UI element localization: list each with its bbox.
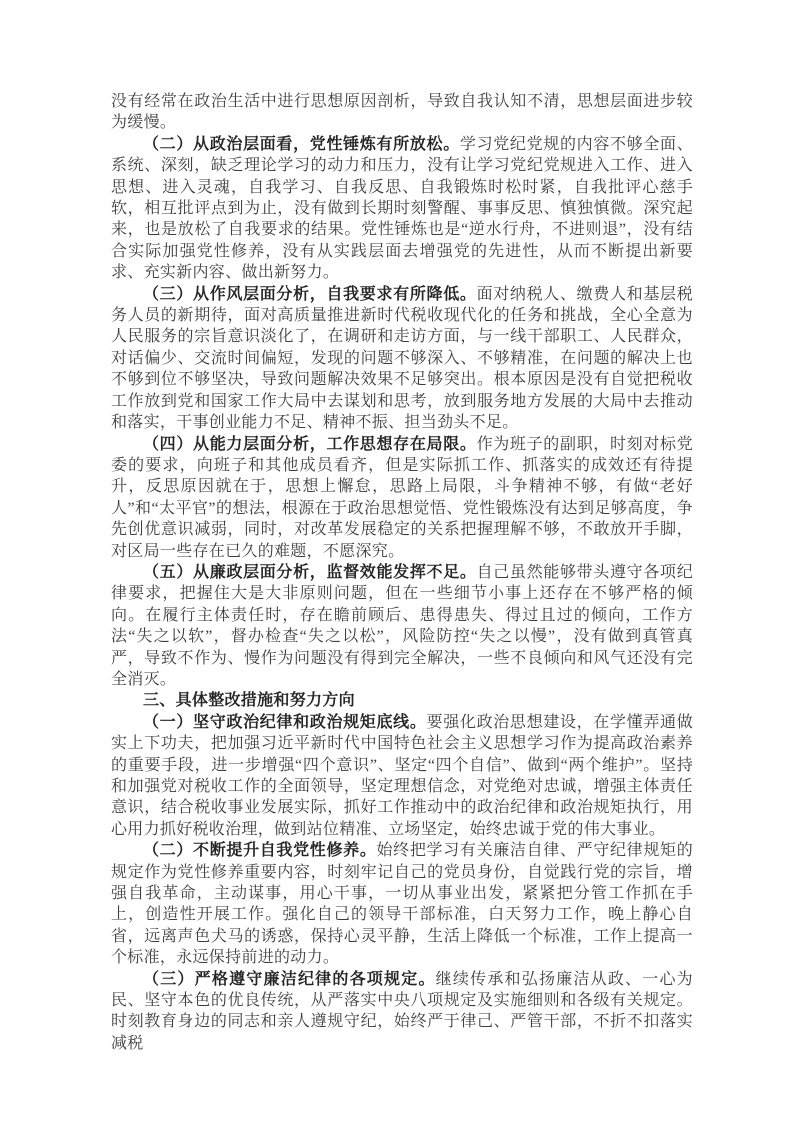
section-heading-rectification: 三、具体整改措施和努力方向: [111, 690, 693, 711]
paragraph-lead: （二）不断提升自我党性修养。: [143, 842, 377, 859]
paragraph-lead: （三）严格遵守廉洁纪律的各项规定。: [143, 971, 436, 988]
paragraph-measure-1-discipline: （一）坚守政治纪律和政治规矩底线。要强化政治思想建设，在学懂弄通做实上下功夫，把…: [111, 712, 693, 840]
paragraph-section-2-politics: （二）从政治层面看，党性锤炼有所放松。学习党纪党规的内容不够全面、系统、深刻，缺…: [111, 134, 693, 284]
paragraph-section-5-integrity: （五）从廉政层面分析，监督效能发挥不足。自己虽然能够带头遵守各项纪律要求，把握住…: [111, 562, 693, 690]
paragraph-lead: （三）从作风层面分析，自我要求有所降低。: [143, 286, 477, 303]
paragraph-continuation: 没有经常在政治生活中进行思想原因剖析，导致自我认知不清，思想层面进步较为缓慢。: [111, 91, 693, 134]
paragraph-section-3-workstyle: （三）从作风层面分析，自我要求有所降低。面对纳税人、缴费人和基层税务人员的新期待…: [111, 284, 693, 434]
paragraph-text: 没有经常在政治生活中进行思想原因剖析，导致自我认知不清，思想层面进步较为缓慢。: [111, 93, 693, 131]
paragraph-text: 面对纳税人、缴费人和基层税务人员的新期待，面对高质量推进新时代税收现代化的任务和…: [111, 286, 693, 431]
paragraph-text: 自己虽然能够带头遵守各项纪律要求，把握住大是大非原则问题，但在一些细节小事上还存…: [111, 564, 693, 688]
paragraph-text: 要强化政治思想建设，在学懂弄通做实上下功夫，把加强习近平新时代中国特色社会主义思…: [111, 714, 693, 838]
heading-text: 三、具体整改措施和努力方向: [143, 692, 355, 709]
paragraph-lead: （二）从政治层面看，党性锤炼有所放松。: [143, 136, 460, 153]
paragraph-measure-3-rules: （三）严格遵守廉洁纪律的各项规定。继续传承和弘扬廉洁从政、一心为民、坚守本色的优…: [111, 969, 693, 1055]
paragraph-text: 学习党纪党规的内容不够全面、系统、深刻，缺乏理论学习的动力和压力，没有让学习党纪…: [111, 136, 693, 281]
document-page: 没有经常在政治生活中进行思想原因剖析，导致自我认知不清，思想层面进步较为缓慢。 …: [0, 0, 793, 1122]
paragraph-text: 作为班子的副职，时刻对标党委的要求，向班子和其他成员看齐，但是实际抓工作、抓落实…: [111, 436, 693, 560]
paragraph-lead: （一）坚守政治纪律和政治规矩底线。: [143, 714, 427, 731]
paragraph-section-4-ability: （四）从能力层面分析，工作思想存在局限。作为班子的副职，时刻对标党委的要求，向班…: [111, 434, 693, 562]
paragraph-lead: （四）从能力层面分析，工作思想存在局限。: [143, 436, 477, 453]
paragraph-lead: （五）从廉政层面分析，监督效能发挥不足。: [143, 564, 477, 581]
paragraph-text: 始终把学习有关廉洁自律、严守纪律规矩的规定作为党性修养重要内容，时刻牢记自己的党…: [111, 842, 693, 966]
paragraph-measure-2-cultivation: （二）不断提升自我党性修养。始终把学习有关廉洁自律、严守纪律规矩的规定作为党性修…: [111, 840, 693, 968]
